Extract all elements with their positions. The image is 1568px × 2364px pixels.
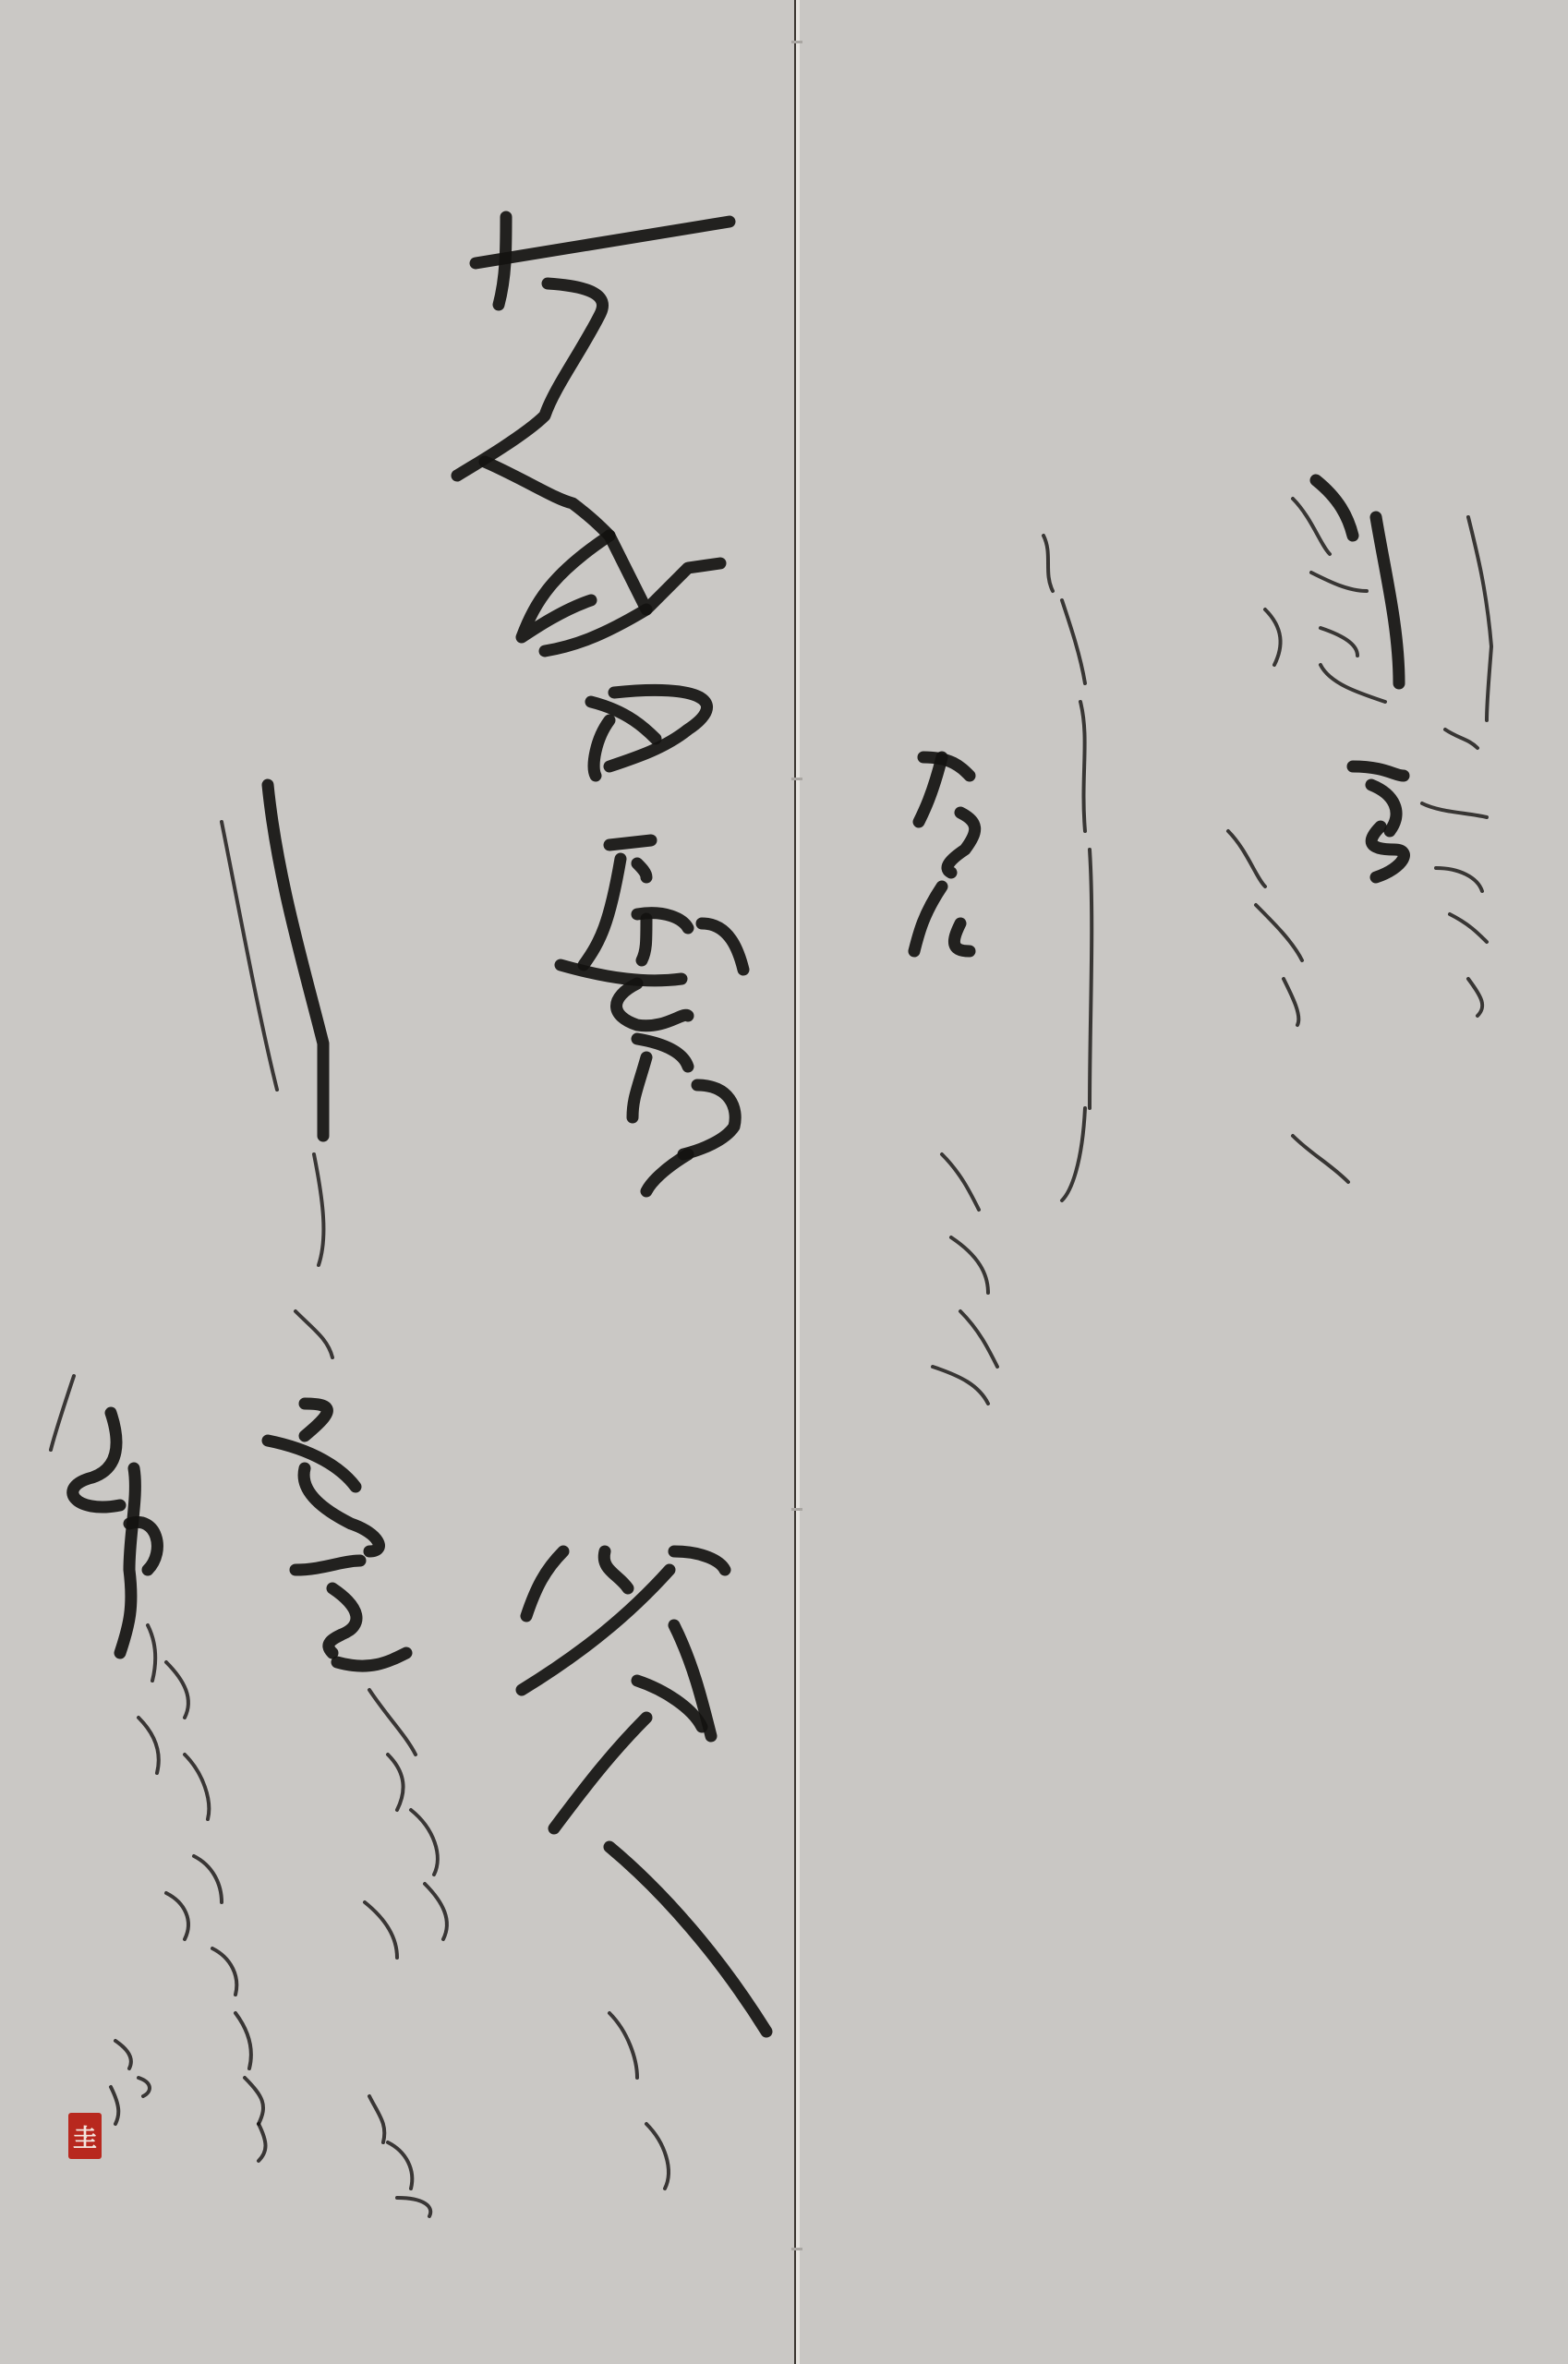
fine-brush-stroke [365,1902,397,1958]
fine-brush-stroke [115,2041,131,2068]
brush-stroke [604,1551,628,1588]
fine-brush-stroke [1062,1108,1085,1200]
red-seal-stamp: 圭 [68,2113,102,2159]
calligraphy-screen: 圭 [0,0,1568,2364]
fine-brush-stroke [411,1810,438,1875]
fine-brush-stroke [148,1625,155,1681]
brush-stroke [296,1561,360,1570]
brush-stroke [1353,766,1404,776]
brush-stroke [609,1847,766,2032]
brush-stroke [120,1468,135,1653]
fine-brush-stroke [1256,905,1302,960]
brush-stroke [954,923,970,951]
fine-brush-stroke [397,2198,430,2216]
brush-stroke [499,217,506,305]
brush-stroke [609,536,720,609]
brush-stroke [457,283,603,476]
seal-glyph: 圭 [73,2119,97,2153]
fine-brush-stroke [933,1367,988,1404]
brush-stroke [1376,517,1399,683]
fine-brush-stroke [1450,914,1487,942]
brush-stroke [485,462,609,536]
brush-stroke [914,886,942,951]
fine-brush-stroke [951,1237,988,1293]
fine-brush-stroke [235,2013,251,2068]
fine-brush-stroke [259,2124,266,2161]
fine-brush-stroke [1321,665,1385,702]
brush-stroke [337,1653,406,1666]
fine-brush-stroke [1445,730,1478,748]
fine-brush-stroke [369,1690,416,1755]
fine-brush-stroke [185,1755,209,1819]
fine-brush-stroke [51,1376,74,1450]
fine-brush-stroke [388,1755,404,1810]
brush-stroke [947,813,975,873]
fine-brush-stroke [1422,803,1487,817]
fine-brush-stroke [1228,831,1265,886]
fine-brush-stroke [111,2087,118,2124]
fine-brush-stroke [942,1154,979,1210]
fine-brush-stroke [1468,979,1482,1016]
fine-brush-stroke [1062,600,1085,683]
fine-brush-stroke [212,1948,236,1995]
brush-stroke [642,919,646,960]
brush-stroke [584,859,621,965]
brush-stroke [73,1413,120,1507]
fine-brush-stroke [388,2142,412,2189]
brush-stroke [305,1404,327,1436]
fine-brush-stroke [166,1662,188,1718]
brush-stroke [304,1468,379,1551]
fine-brush-stroke [1468,517,1491,720]
brush-stroke [646,1154,688,1191]
brush-stroke [919,757,942,822]
fine-brush-stroke [314,1154,323,1265]
brush-stroke [329,1588,356,1653]
brush-stroke [1316,480,1353,536]
brush-stroke [526,1551,563,1616]
fine-brush-stroke [1043,536,1053,591]
brush-stroke [561,965,681,981]
fine-brush-stroke [245,2078,263,2124]
fine-brush-stroke [609,2013,637,2078]
brush-stroke [476,222,730,263]
brush-stroke [268,1441,356,1487]
fine-brush-stroke [1321,628,1357,656]
brush-stroke [674,1551,725,1570]
fine-brush-stroke [1265,609,1281,665]
fine-brush-stroke [1293,1136,1348,1182]
fine-brush-stroke [1293,499,1330,554]
fine-brush-stroke [222,822,277,1090]
fine-brush-stroke [425,1884,447,1939]
fine-brush-stroke [646,2124,669,2189]
fine-brush-stroke [1436,868,1482,891]
ink-strokes [0,0,1568,2364]
brush-stroke [609,840,651,845]
fine-brush-stroke [166,1893,188,1939]
brush-stroke [609,690,707,766]
brush-stroke [637,863,646,877]
brush-stroke [683,1085,735,1154]
fine-brush-stroke [139,2078,150,2096]
fine-brush-stroke [296,1311,332,1357]
fine-brush-stroke [960,1311,997,1367]
fine-brush-stroke [139,1718,159,1773]
fine-brush-stroke [369,2096,384,2142]
fine-brush-stroke [1090,850,1092,1108]
fine-brush-stroke [1284,979,1298,1025]
brush-stroke [633,1057,646,1117]
brush-stroke [617,983,689,1026]
fine-brush-stroke [194,1856,222,1902]
fine-brush-stroke [1311,573,1367,591]
fine-brush-stroke [1080,702,1085,831]
brush-stroke [522,536,609,637]
brush-stroke [554,1718,646,1828]
brush-stroke [702,923,743,970]
